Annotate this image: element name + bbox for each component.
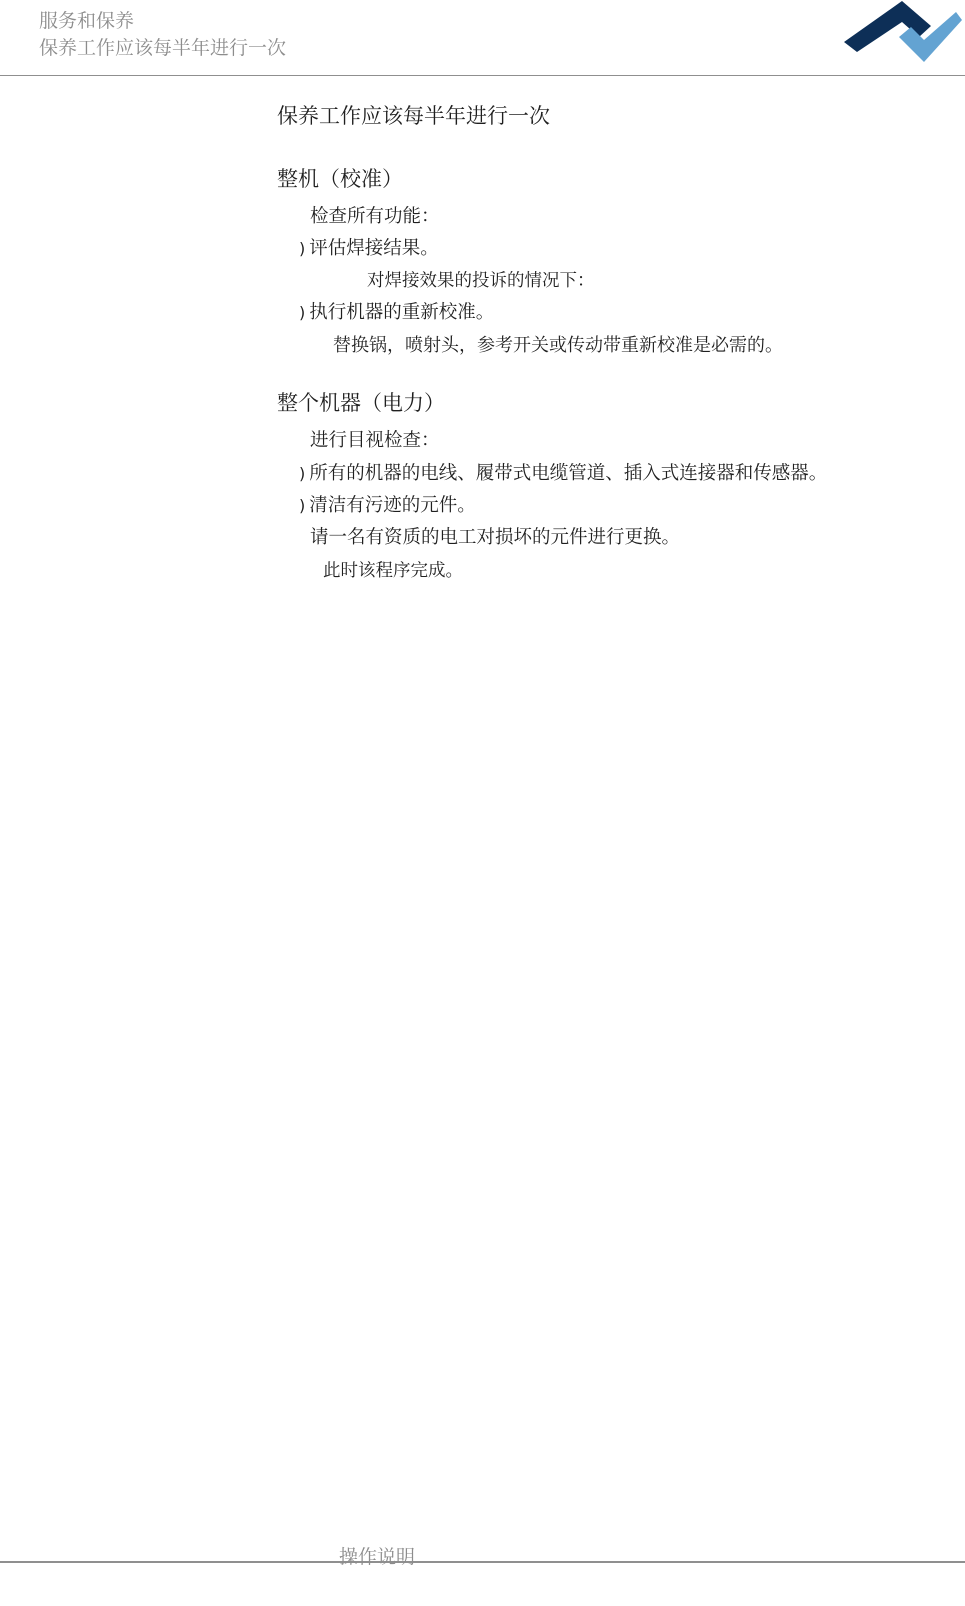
action-text: 执行机器的重新校准。: [309, 302, 494, 323]
action-marker: ): [299, 496, 305, 515]
action-text: 清洁有污迹的元件。: [309, 495, 476, 516]
instruction-step: 进行目视检查：: [310, 428, 440, 454]
action-step: )所有的机器的电线、履带式电缆管道、插入式连接器和传感器。: [299, 461, 827, 487]
footer-label: 操作说明: [339, 1542, 415, 1569]
action-step: )评估焊接结果。: [299, 236, 439, 262]
footer-divider: [0, 1561, 965, 1563]
condition-note: 对焊接效果的投诉的情况下：: [367, 268, 595, 294]
page-title: 保养工作应该每半年进行一次: [277, 103, 550, 129]
action-text: 评估焊接结果。: [309, 238, 439, 259]
chapter-title: 服务和保养: [39, 9, 134, 33]
result-note: 请一名有资质的电工对损坏的元件进行更换。: [310, 525, 680, 551]
action-marker: ): [299, 464, 305, 483]
action-step: )清洁有污迹的元件。: [299, 493, 476, 519]
instruction-step: 检查所有功能：: [310, 204, 440, 230]
section-title: 保养工作应该每半年进行一次: [39, 36, 286, 60]
brand-logo-icon: [840, 0, 965, 66]
section-heading-electrical: 整个机器（电力）: [277, 390, 445, 416]
action-marker: ): [299, 303, 305, 322]
action-text: 所有的机器的电线、履带式电缆管道、插入式连接器和传感器。: [309, 463, 827, 484]
completion-note: 此时该程序完成。: [323, 558, 463, 584]
action-step: )执行机器的重新校准。: [299, 300, 494, 326]
section-heading-calibration: 整机（校准）: [277, 166, 403, 192]
header-divider: [0, 75, 965, 76]
result-note: 替换锅，喷射头，参考开关或传动带重新校准是必需的。: [333, 333, 783, 359]
action-marker: ): [299, 239, 305, 258]
